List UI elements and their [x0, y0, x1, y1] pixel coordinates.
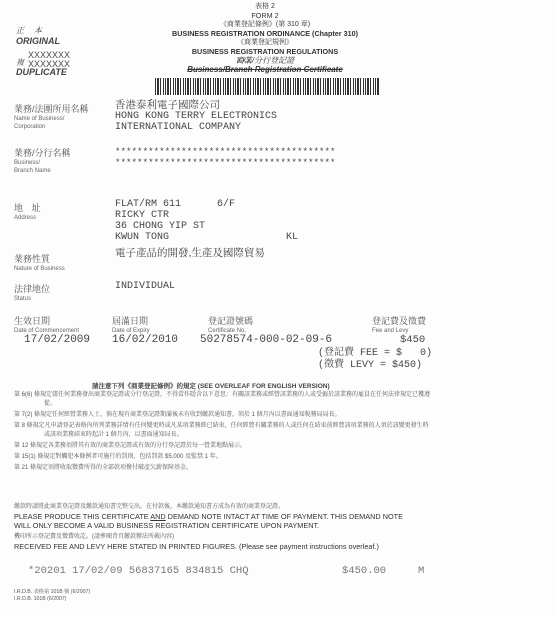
original-label-cn: 正本	[16, 25, 60, 36]
certificate-no-label-cn: 登記證號碼	[200, 316, 332, 327]
overprint-mark: XXX	[237, 57, 251, 66]
footer-line-en: I.R.D.B. 101B (6/2007)	[14, 596, 90, 603]
business-name-en-2: INTERNATIONAL COMPANY	[115, 122, 277, 133]
fee-line: (登記費 FEE = $ 0)	[318, 348, 432, 360]
notice-item: 第 21 條規定須將收取徵費所得的全部款項撥付破產欠薪保障基金。	[14, 464, 434, 473]
receipt-line: *20201 17/02/09 56837165 834815 CHQ	[28, 565, 249, 577]
notice-item: 第 12 條規定各業務須將其有效的商業登記證或有效的分行登記證於每一營業地點展示…	[14, 442, 434, 451]
business-name-label: 業務/法團所用名稱 Name of Business/ Corporation	[14, 104, 89, 131]
fee-label-cn: 登記費及徵費	[372, 316, 426, 327]
address-label-cn: 地 址	[14, 203, 44, 214]
commencement-block: 生效日期 Date of Commencement 17/02/2009	[14, 316, 90, 346]
branch-name-label: 業務/分行名稱 Business/ Branch Name	[14, 148, 71, 175]
notice-item: 第 8 條規定凡申請登記表格內所列業務詳情有任何變更時或凡某項業務經已結束，任何…	[14, 422, 434, 440]
original-label-en: ORIGINAL	[16, 36, 60, 46]
levy-line: (徵費 LEVY = $450)	[318, 360, 422, 372]
footer-line-cn: I.R.D.B. 表格第 101B 號 (6/2007)	[14, 589, 90, 596]
branch-name-label-en-1: Business/	[14, 159, 71, 167]
fee-block: 登記費及徵費 Fee and Levy $450	[372, 316, 426, 346]
form-number-en: FORM 2	[140, 11, 390, 20]
copy-original: 正本 ORIGINAL	[16, 25, 60, 46]
branch-name-line-1: ****************************************	[115, 146, 336, 157]
certificate-title-en: Business/Branch Registration Certificate	[140, 65, 390, 74]
business-name-value: 香港泰利電子國際公司 HONG KONG TERRY ELECTRONICS I…	[115, 99, 277, 133]
ordinance-en: BUSINESS REGISTRATION ORDINANCE (Chapter…	[120, 29, 410, 38]
notices-heading: 請注意下列《商業登記條例》的規定 (SEE OVERLEAF FOR ENGLI…	[92, 381, 330, 390]
form-header: 表格 2 FORM 2 《商業登記條例》(第 310 章) BUSINESS R…	[140, 2, 390, 74]
business-name-label-en-1: Name of Business/	[14, 115, 89, 123]
payment-note-en-1a: PLEASE PRODUCE THIS CERTIFICATE	[14, 512, 150, 521]
address-line-3: 36 CHONG YIP ST	[115, 221, 235, 232]
duplicate-label-en: DUPLICATE	[16, 67, 67, 77]
regulations-en: BUSINESS REGISTRATION REGULATIONS	[140, 47, 390, 56]
status-label-cn: 法律地位	[14, 284, 50, 295]
ordinance-cn: 《商業登記條例》(第 310 章)	[140, 20, 390, 29]
payment-note-en-2: WILL ONLY BECOME A VALID BUSINESS REGIST…	[14, 521, 534, 530]
payment-note-and: AND	[150, 512, 165, 521]
expiry-date: 16/02/2010	[112, 335, 178, 346]
payment-note-en-1: PLEASE PRODUCE THIS CERTIFICATE AND DEMA…	[14, 512, 534, 521]
business-name-label-en-2: Corporation	[14, 123, 89, 131]
payment-note-cn-1: 繳款時請將此商業登記證及繳款通知書完整交出。在付款後，本繳款通知書方成為有效的商…	[14, 503, 534, 512]
notices-list: 第 6(6) 條規定儘任何業務發出商業登記證或分行登記證，不得當作隱含以下意思：…	[14, 391, 434, 473]
payment-received-en: RECEIVED FEE AND LEVY HERE STATED IN PRI…	[14, 542, 534, 551]
barcode	[155, 78, 380, 95]
payment-note-en-1b: DEMAND NOTE INTACT AT TIME OF PAYMENT. T…	[166, 512, 403, 521]
status-label: 法律地位 Status	[14, 284, 50, 303]
copy-duplicate: 複 XXXXXXX XXXXXXX DUPLICATE	[16, 50, 96, 76]
commencement-date: 17/02/2009	[14, 335, 90, 346]
address-value: FLAT/RM 611 6/F RICKY CTR 36 CHONG YIP S…	[115, 199, 235, 243]
notice-item: 第 15(1) 條規定對觸犯本條例者可施行的罰則，包括罰款 $5,000 及監禁…	[14, 453, 434, 462]
payment-instructions: 繳款時請將此商業登記證及繳款通知書完整交出。在付款後，本繳款通知書方成為有效的商…	[14, 503, 534, 551]
form-footer: I.R.D.B. 表格第 101B 號 (6/2007) I.R.D.B. 10…	[14, 589, 90, 603]
address-line-4: KWUN TONG	[115, 232, 235, 243]
regulations-cn: 《商業登記規例》	[140, 38, 390, 47]
status-value: INDIVIDUAL	[115, 281, 175, 292]
receipt-amount: $450.00	[342, 565, 386, 577]
nature-label-cn: 業務性質	[14, 254, 65, 265]
business-name-en-1: HONG KONG TERRY ELECTRONICS	[115, 111, 277, 122]
nature-label-en: Nature of Business	[14, 265, 65, 273]
notice-item: 第 7(2) 條規定任何經營業務人士，倘在現有商業登記證期滿後未有收到繳款通知書…	[14, 411, 434, 420]
certificate-number: 50278574-000-02-09-6	[200, 335, 332, 346]
certificate-title-cn: 商業/分行登記證	[140, 56, 390, 65]
form-number-cn: 表格 2	[140, 2, 390, 11]
expiry-label-cn: 屆滿日期	[112, 316, 178, 327]
address-district: KL	[286, 232, 298, 243]
branch-name-label-cn: 業務/分行名稱	[14, 148, 71, 159]
fee-total: $450	[372, 335, 426, 346]
receipt-code: M	[418, 565, 424, 577]
commencement-label-cn: 生效日期	[14, 316, 90, 327]
address-line-1: FLAT/RM 611 6/F	[115, 199, 235, 210]
status-label-en: Status	[14, 295, 50, 303]
address-label-en: Address	[14, 214, 44, 222]
notice-item: 第 6(6) 條規定儘任何業務發出商業登記證或分行登記證，不得當作隱含以下意思：…	[14, 391, 434, 409]
business-name-cn: 香港泰利電子國際公司	[115, 99, 277, 111]
business-name-label-cn: 業務/法團所用名稱	[14, 104, 89, 115]
branch-name-line-2: ****************************************	[115, 157, 336, 168]
branch-name-value: ****************************************…	[115, 146, 336, 168]
nature-value: 電子產品的開發,生產及國際貿易	[115, 247, 265, 259]
nature-label: 業務性質 Nature of Business	[14, 254, 65, 273]
payment-received-cn: 機印所示登記費及徵費收訖。(請參閱背頁繳款辦法所載內容)	[14, 533, 534, 542]
address-label: 地 址 Address	[14, 203, 44, 222]
certificate-no-block: 登記證號碼 Certificate No. 50278574-000-02-09…	[200, 316, 332, 346]
address-line-2: RICKY CTR	[115, 210, 235, 221]
branch-name-label-en-2: Branch Name	[14, 167, 71, 175]
expiry-block: 屆滿日期 Date of Expiry 16/02/2010	[112, 316, 178, 346]
